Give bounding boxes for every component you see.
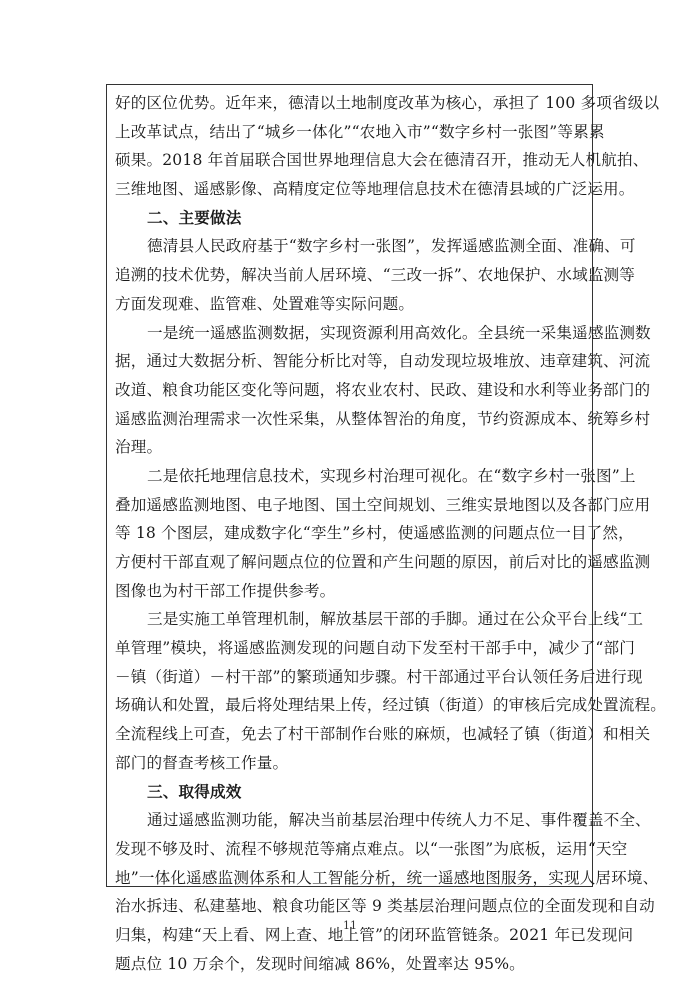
text-line: 叠加遥感监测地图、电子地图、国土空间规划、三维实景地图以及各部门应用 — [115, 491, 585, 520]
text-line: 方便村干部直观了解问题点位的位置和产生问题的原因，前后对比的遥感监测 — [115, 548, 585, 577]
text-line: 方面发现难、监管难、处置难等实际问题。 — [115, 290, 585, 319]
text-line: 上改革试点，结出了“城乡一体化”“农地入市”“数字乡村一张图”等累累 — [115, 118, 585, 147]
text-line: 硕果。2018 年首届联合国世界地理信息大会在德清召开，推动无人机航拍、 — [115, 146, 585, 175]
text-line: 地”一体化遥感监测体系和人工智能分析，统一遥感地图服务，实现人居环境、 — [115, 864, 585, 893]
text-line: 好的区位优势。近年来，德清以土地制度改革为核心，承担了 100 多项省级以 — [115, 89, 585, 118]
page-number: 11 — [0, 919, 700, 932]
document-body: 好的区位优势。近年来，德清以土地制度改革为核心，承担了 100 多项省级以上改革… — [115, 89, 585, 978]
text-line: 题点位 10 万余个，发现时间缩减 86%，处置率达 95%。 — [115, 950, 585, 979]
text-line: 通过遥感监测功能，解决当前基层治理中传统人力不足、事件覆盖不全、 — [115, 806, 585, 835]
text-line: 图像也为村干部工作提供参考。 — [115, 577, 585, 606]
text-line: 一是统一遥感监测数据，实现资源利用高效化。全县统一采集遥感监测数 — [115, 319, 585, 348]
text-line: 改道、粮食功能区变化等问题，将农业农村、民政、建设和水利等业务部门的 — [115, 376, 585, 405]
text-line: 据，通过大数据分析、智能分析比对等，自动发现垃圾堆放、违章建筑、河流 — [115, 347, 585, 376]
text-line: 追溯的技术优势，解决当前人居环境、“三改一拆”、农地保护、水域监测等 — [115, 261, 585, 290]
text-line: 治水拆违、私建墓地、粮食功能区等 9 类基层治理问题点位的全面发现和自动 — [115, 892, 585, 921]
text-line: 单管理”模块，将遥感监测发现的问题自动下发至村干部手中，减少了“部门 — [115, 634, 585, 663]
text-line: －镇（街道）－村干部”的繁琐通知步骤。村干部通过平台认领任务后进行现 — [115, 663, 585, 692]
text-line: 二是依托地理信息技术，实现乡村治理可视化。在“数字乡村一张图”上 — [115, 462, 585, 491]
text-line: 部门的督查考核工作量。 — [115, 749, 585, 778]
text-line: 等 18 个图层，建成数字化“孪生”乡村，使遥感监测的问题点位一目了然， — [115, 519, 585, 548]
content-frame: 好的区位优势。近年来，德清以土地制度改革为核心，承担了 100 多项省级以上改革… — [106, 84, 593, 887]
text-line: 治理。 — [115, 433, 585, 462]
text-line: 遥感监测治理需求一次性采集，从整体智治的角度，节约资源成本、统筹乡村 — [115, 405, 585, 434]
text-line: 场确认和处置，最后将处理结果上传，经过镇（街道）的审核后完成处置流程。 — [115, 691, 585, 720]
text-line: 发现不够及时、流程不够规范等痛点难点。以“一张图”为底板，运用“天空 — [115, 835, 585, 864]
section-heading: 二、主要做法 — [115, 204, 585, 233]
text-line: 三维地图、遥感影像、高精度定位等地理信息技术在德清县域的广泛运用。 — [115, 175, 585, 204]
text-line: 德清县人民政府基于“数字乡村一张图”，发挥遥感监测全面、准确、可 — [115, 232, 585, 261]
section-heading: 三、取得成效 — [115, 778, 585, 807]
text-line: 三是实施工单管理机制，解放基层干部的手脚。通过在公众平台上线“工 — [115, 605, 585, 634]
text-line: 全流程线上可查，免去了村干部制作台账的麻烦，也减轻了镇（街道）和相关 — [115, 720, 585, 749]
